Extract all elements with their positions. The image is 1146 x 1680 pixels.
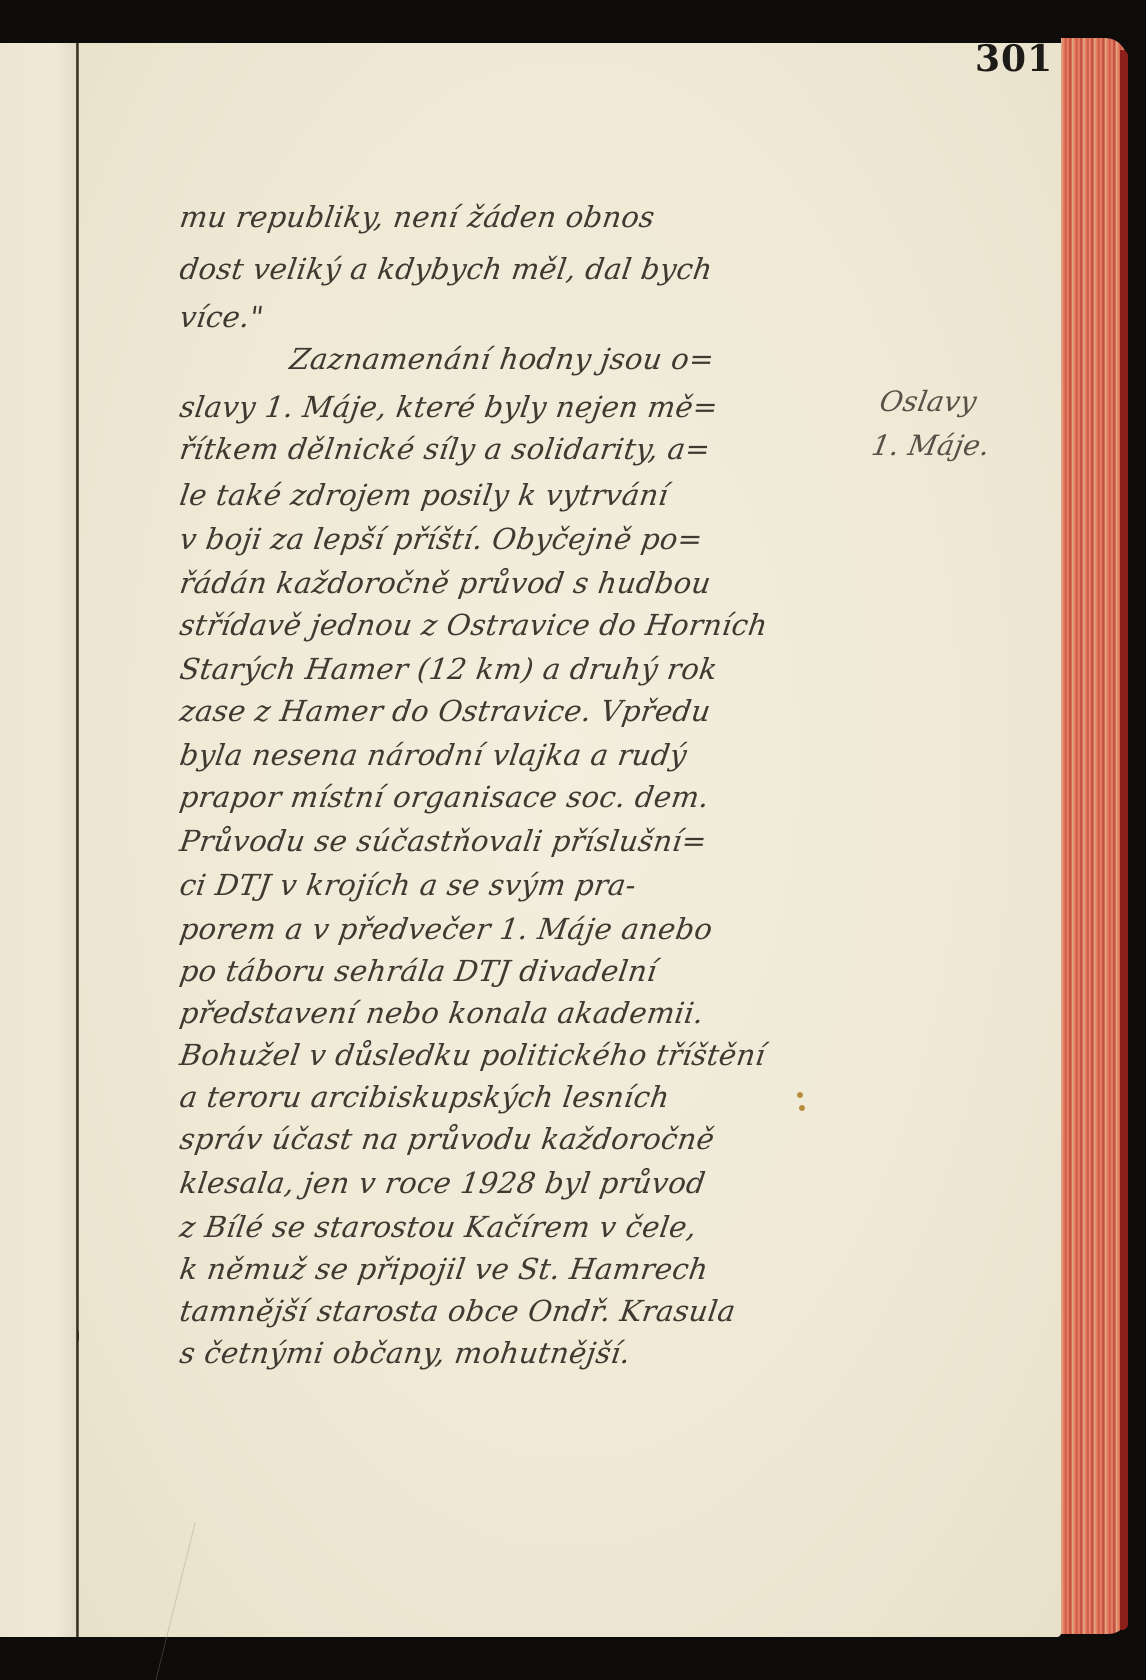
handwritten-line: slavy 1. Máje, které byly nejen mě=	[178, 390, 720, 424]
handwritten-line: Starých Hamer (12 km) a druhý rok	[178, 652, 720, 686]
handwritten-line: mu republiky, není žáden obnos	[178, 200, 657, 234]
handwritten-line: Bohužel v důsledku politického tříštění	[178, 1038, 768, 1072]
margin-note-line: 1. Máje.	[869, 429, 993, 463]
handwritten-line: tamnější starosta obce Ondř. Krasula	[178, 1294, 738, 1328]
handwritten-line: správ účast na průvodu každoročně	[178, 1122, 717, 1156]
handwritten-line: a teroru arcibiskupských lesních	[178, 1080, 672, 1114]
margin-note-line: Oslavy	[877, 385, 979, 419]
handwritten-line: byla nesena národní vlajka a rudý	[178, 738, 690, 772]
handwritten-line: k němuž se připojil ve St. Hamrech	[178, 1252, 711, 1286]
handwritten-line: le také zdrojem posily k vytrvání	[178, 478, 671, 512]
handwritten-line: střídavě jednou z Ostravice do Horních	[178, 608, 770, 642]
handwritten-line: po táboru sehrála DTJ divadelní	[178, 954, 660, 988]
handwritten-line: představení nebo konala akademii.	[178, 996, 706, 1030]
handwritten-line: řítkem dělnické síly a solidarity, a=	[178, 432, 713, 466]
page-number: 301	[975, 38, 1053, 80]
handwritten-line: dost veliký a kdybych měl, dal bych	[178, 252, 715, 286]
handwritten-line: s četnými občany, mohutnější.	[178, 1336, 633, 1370]
handwritten-line: řádán každoročně průvod s hudbou	[178, 566, 714, 600]
handwritten-line: Zaznamenání hodny jsou o=	[288, 342, 717, 376]
book-cover-edge	[1120, 50, 1128, 1630]
ink-spot	[797, 1092, 803, 1098]
handwritten-line: Průvodu se súčastňovali příslušní=	[178, 824, 709, 858]
handwritten-line: porem a v předvečer 1. Máje anebo	[178, 912, 715, 946]
ink-spot	[799, 1105, 805, 1111]
handwritten-line: klesala, jen v roce 1928 byl průvod	[178, 1166, 708, 1200]
page-crease	[155, 1523, 245, 1680]
handwritten-line: více."	[178, 300, 266, 334]
open-book: 301 mu republiky, není žáden obnosdost v…	[0, 0, 1146, 1680]
left-page	[0, 43, 78, 1637]
handwritten-line: v boji za lepší příští. Obyčejně po=	[178, 522, 705, 556]
red-page-edges	[1061, 38, 1127, 1634]
handwritten-line: z Bílé se starostou Kačírem v čele,	[178, 1210, 699, 1244]
handwritten-line: ci DTJ v krojích a se svým pra-	[178, 868, 639, 902]
handwritten-line: zase z Hamer do Ostravice. Vpředu	[178, 694, 713, 728]
handwritten-line: prapor místní organisace soc. dem.	[178, 780, 712, 814]
